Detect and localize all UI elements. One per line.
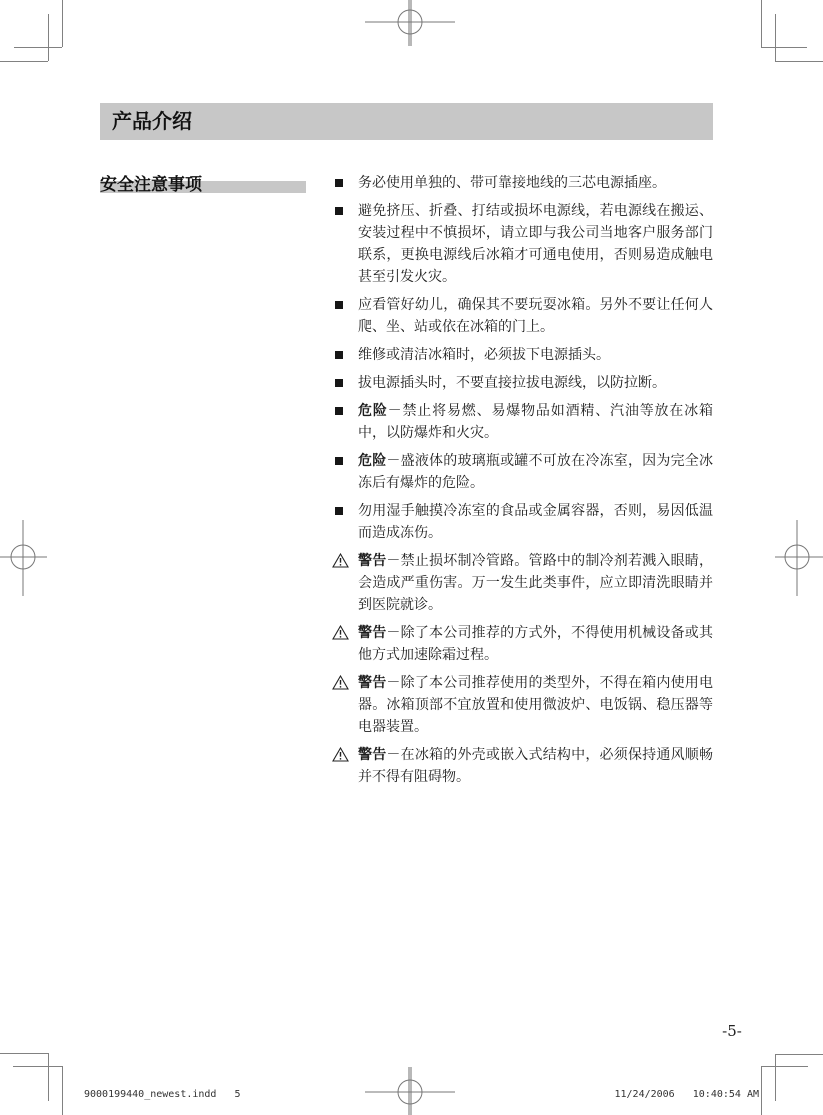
warning-triangle-icon bbox=[332, 553, 349, 568]
safety-item-text: －盛液体的玻璃瓶或罐不可放在冷冻室，因为完全冰冻后有爆炸的危险。 bbox=[358, 453, 713, 491]
list-item-marker bbox=[332, 550, 358, 616]
safety-item-bold: 危险 bbox=[358, 453, 386, 469]
page-title: 产品介绍 bbox=[100, 103, 713, 140]
list-item-marker bbox=[332, 744, 358, 788]
footer-file-info: 9000199440_newest.indd 5 bbox=[84, 1089, 241, 1100]
registration-mark-bottom-center bbox=[360, 1067, 460, 1115]
safety-list-item: 勿用湿手触摸冷冻室的食品或金属容器，否则，易因低温而造成冻伤。 bbox=[332, 500, 713, 544]
registration-mark-right-middle bbox=[775, 520, 823, 596]
safety-item-body: 警告－禁止损坏制冷管路。管路中的制冷剂若溅入眼睛，会造成严重伤害。万一发生此类事… bbox=[358, 550, 713, 616]
square-bullet-icon bbox=[335, 507, 343, 515]
crop-mark-top-left bbox=[62, 0, 63, 47]
warning-triangle-icon bbox=[332, 747, 349, 762]
section-title: 安全注意事项 bbox=[100, 170, 202, 195]
safety-item-bold: 警告 bbox=[358, 747, 386, 763]
safety-list-item: 应看管好幼儿，确保其不要玩耍冰箱。另外不要让任何人爬、坐、站或依在冰箱的门上。 bbox=[332, 294, 713, 338]
list-item-marker bbox=[332, 500, 358, 544]
list-item-marker bbox=[332, 172, 358, 194]
safety-list-item: 危险－禁止将易燃、易爆物品如酒精、汽油等放在冰箱中，以防爆炸和火灾。 bbox=[332, 400, 713, 444]
crop-mark-bottom-left bbox=[62, 1066, 63, 1115]
square-bullet-icon bbox=[335, 379, 343, 387]
safety-list-item: 维修或清洁冰箱时，必须拔下电源插头。 bbox=[332, 344, 713, 366]
square-bullet-icon bbox=[335, 179, 343, 187]
list-item-marker bbox=[332, 622, 358, 666]
footer-timestamp: 11/24/2006 10:40:54 AM bbox=[615, 1089, 760, 1100]
safety-item-bold: 警告 bbox=[358, 625, 386, 641]
safety-item-body: 维修或清洁冰箱时，必须拔下电源插头。 bbox=[358, 344, 713, 366]
list-item-marker bbox=[332, 672, 358, 738]
crop-mark-top-right bbox=[775, 61, 823, 62]
warning-triangle-icon bbox=[332, 625, 349, 640]
safety-item-body: 勿用湿手触摸冷冻室的食品或金属容器，否则，易因低温而造成冻伤。 bbox=[358, 500, 713, 544]
safety-item-text: －除了本公司推荐的方式外，不得使用机械设备或其他方式加速除霜过程。 bbox=[358, 625, 713, 663]
safety-item-body: 警告－除了本公司推荐的方式外，不得使用机械设备或其他方式加速除霜过程。 bbox=[358, 622, 713, 666]
square-bullet-icon bbox=[335, 301, 343, 309]
safety-list-item: 避免挤压、折叠、打结或损坏电源线，若电源线在搬运、安装过程中不慎损坏，请立即与我… bbox=[332, 200, 713, 288]
registration-mark-top-center bbox=[360, 0, 460, 46]
crop-mark-top-left bbox=[14, 47, 62, 48]
list-item-marker bbox=[332, 400, 358, 444]
page-header-bar: 产品介绍 bbox=[100, 103, 713, 140]
crop-mark-top-left bbox=[0, 61, 48, 62]
square-bullet-icon bbox=[335, 207, 343, 215]
safety-item-body: 拔电源插头时，不要直接拉拔电源线，以防拉断。 bbox=[358, 372, 713, 394]
safety-item-body: 危险－禁止将易燃、易爆物品如酒精、汽油等放在冰箱中，以防爆炸和火灾。 bbox=[358, 400, 713, 444]
crop-mark-bottom-left bbox=[48, 1053, 49, 1101]
safety-item-body: 警告－在冰箱的外壳或嵌入式结构中，必须保持通风顺畅并不得有阻碍物。 bbox=[358, 744, 713, 788]
safety-item-bold: 警告 bbox=[358, 553, 386, 569]
safety-list-item: 警告－除了本公司推荐使用的类型外，不得在箱内使用电器。冰箱顶部不宜放置和使用微波… bbox=[332, 672, 713, 738]
safety-item-body: 危险－盛液体的玻璃瓶或罐不可放在冷冻室，因为完全冰冻后有爆炸的危险。 bbox=[358, 450, 713, 494]
safety-item-body: 避免挤压、折叠、打结或损坏电源线，若电源线在搬运、安装过程中不慎损坏，请立即与我… bbox=[358, 200, 713, 288]
crop-mark-top-right bbox=[775, 14, 776, 61]
safety-list-item: 警告－在冰箱的外壳或嵌入式结构中，必须保持通风顺畅并不得有阻碍物。 bbox=[332, 744, 713, 788]
safety-list-item: 拔电源插头时，不要直接拉拔电源线，以防拉断。 bbox=[332, 372, 713, 394]
safety-item-text: －除了本公司推荐使用的类型外，不得在箱内使用电器。冰箱顶部不宜放置和使用微波炉、… bbox=[358, 675, 713, 735]
crop-mark-bottom-left bbox=[13, 1066, 62, 1067]
safety-item-text: －在冰箱的外壳或嵌入式结构中，必须保持通风顺畅并不得有阻碍物。 bbox=[358, 747, 713, 785]
safety-item-text: 避免挤压、折叠、打结或损坏电源线，若电源线在搬运、安装过程中不慎损坏，请立即与我… bbox=[358, 203, 713, 285]
list-item-marker bbox=[332, 372, 358, 394]
safety-item-body: 务必使用单独的、带可靠接地线的三芯电源插座。 bbox=[358, 172, 713, 194]
safety-item-text: 务必使用单独的、带可靠接地线的三芯电源插座。 bbox=[358, 175, 666, 191]
safety-list: 务必使用单独的、带可靠接地线的三芯电源插座。 避免挤压、折叠、打结或损坏电源线，… bbox=[332, 172, 713, 794]
page-number: -5- bbox=[710, 1022, 754, 1040]
crop-mark-bottom-right bbox=[775, 1054, 823, 1055]
safety-item-text: －禁止将易燃、易爆物品如酒精、汽油等放在冰箱中，以防爆炸和火灾。 bbox=[358, 403, 713, 441]
safety-item-text: 应看管好幼儿，确保其不要玩耍冰箱。另外不要让任何人爬、坐、站或依在冰箱的门上。 bbox=[358, 297, 713, 335]
crop-mark-bottom-left bbox=[0, 1053, 48, 1054]
list-item-marker bbox=[332, 200, 358, 288]
crop-mark-bottom-right bbox=[775, 1054, 776, 1101]
crop-mark-top-right bbox=[761, 0, 762, 47]
safety-item-text: 维修或清洁冰箱时，必须拔下电源插头。 bbox=[358, 347, 610, 363]
registration-mark-left-middle bbox=[0, 520, 48, 596]
crop-mark-bottom-right bbox=[761, 1066, 808, 1067]
square-bullet-icon bbox=[335, 457, 343, 465]
safety-list-item: 危险－盛液体的玻璃瓶或罐不可放在冷冻室，因为完全冰冻后有爆炸的危险。 bbox=[332, 450, 713, 494]
square-bullet-icon bbox=[335, 407, 343, 415]
safety-item-body: 应看管好幼儿，确保其不要玩耍冰箱。另外不要让任何人爬、坐、站或依在冰箱的门上。 bbox=[358, 294, 713, 338]
list-item-marker bbox=[332, 450, 358, 494]
square-bullet-icon bbox=[335, 351, 343, 359]
safety-item-text: －禁止损坏制冷管路。管路中的制冷剂若溅入眼睛，会造成严重伤害。万一发生此类事件，… bbox=[358, 553, 713, 613]
safety-item-text: 拔电源插头时，不要直接拉拔电源线，以防拉断。 bbox=[358, 375, 666, 391]
crop-mark-top-left bbox=[48, 14, 49, 61]
safety-item-bold: 警告 bbox=[358, 675, 386, 691]
safety-item-text: 勿用湿手触摸冷冻室的食品或金属容器，否则，易因低温而造成冻伤。 bbox=[358, 503, 713, 541]
crop-mark-top-right bbox=[761, 47, 807, 48]
list-item-marker bbox=[332, 294, 358, 338]
warning-triangle-icon bbox=[332, 675, 349, 690]
safety-list-item: 务必使用单独的、带可靠接地线的三芯电源插座。 bbox=[332, 172, 713, 194]
safety-list-item: 警告－除了本公司推荐的方式外，不得使用机械设备或其他方式加速除霜过程。 bbox=[332, 622, 713, 666]
safety-list-item: 警告－禁止损坏制冷管路。管路中的制冷剂若溅入眼睛，会造成严重伤害。万一发生此类事… bbox=[332, 550, 713, 616]
safety-item-bold: 危险 bbox=[358, 403, 388, 419]
crop-mark-bottom-right bbox=[761, 1066, 762, 1115]
list-item-marker bbox=[332, 344, 358, 366]
safety-item-body: 警告－除了本公司推荐使用的类型外，不得在箱内使用电器。冰箱顶部不宜放置和使用微波… bbox=[358, 672, 713, 738]
